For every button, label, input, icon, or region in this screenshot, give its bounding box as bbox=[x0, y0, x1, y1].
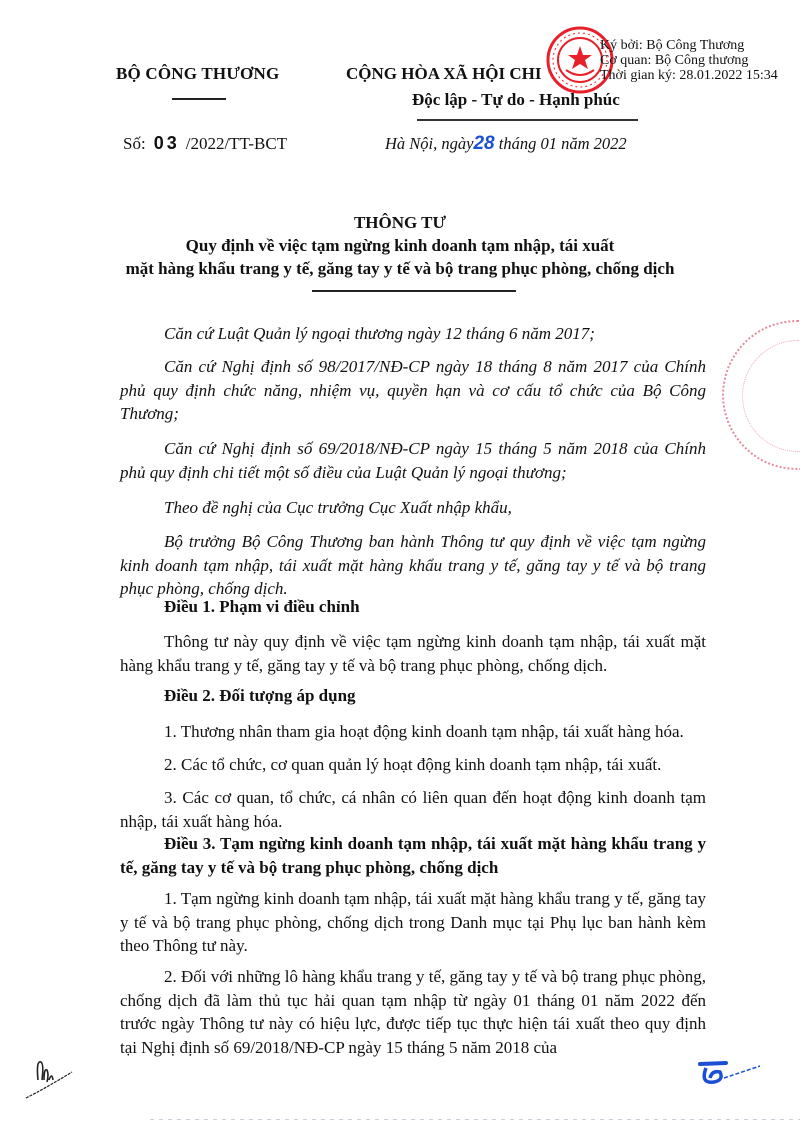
article-3-item-1: 1. Tạm ngừng kinh doanh tạm nhập, tái xu… bbox=[120, 887, 706, 958]
agency-underline bbox=[172, 98, 226, 100]
document-subject-line-2: mặt hàng khẩu trang y tế, găng tay y tế … bbox=[0, 259, 800, 279]
article-1-paragraph: Thông tư này quy định về việc tạm ngừng … bbox=[120, 630, 706, 677]
document-number: Số:03/2022/TT-BCT bbox=[123, 133, 287, 154]
doc-number-value: 03 bbox=[154, 133, 180, 153]
doc-number-label: Số: bbox=[123, 134, 146, 153]
document-subject-line-1: Quy định về việc tạm ngừng kinh doanh tạ… bbox=[0, 236, 800, 256]
preamble-4: Theo đề nghị của Cục trưởng Cục Xuất nhậ… bbox=[120, 496, 706, 520]
signing-organization: Cơ quan: Bộ Công thương bbox=[600, 53, 778, 68]
article-2-item-2: 2. Các tổ chức, cơ quan quản lý hoạt độn… bbox=[120, 753, 706, 777]
national-title: CỘNG HÒA XÃ HỘI CHI bbox=[346, 64, 542, 84]
article-3-item-2: 2. Đối với những lô hàng khẩu trang y tế… bbox=[120, 965, 706, 1059]
preamble-5: Bộ trưởng Bộ Công Thương ban hành Thông … bbox=[120, 530, 706, 601]
signed-by: Ký bởi: Bộ Công Thương bbox=[600, 38, 778, 53]
preamble-1: Căn cứ Luật Quản lý ngoại thương ngày 12… bbox=[120, 322, 706, 346]
article-2-item-3: 3. Các cơ quan, tổ chức, cá nhân có liên… bbox=[120, 786, 706, 833]
doc-number-suffix: /2022/TT-BCT bbox=[186, 134, 287, 153]
issuing-agency: BỘ CÔNG THƯƠNG bbox=[116, 64, 279, 84]
blue-initial-icon bbox=[696, 1060, 766, 1090]
signing-time: Thời gian ký: 28.01.2022 15:34 bbox=[600, 68, 778, 83]
article-2-item-1: 1. Thương nhân tham gia hoạt động kinh d… bbox=[120, 720, 706, 744]
preamble-2: Căn cứ Nghị định số 98/2017/NĐ-CP ngày 1… bbox=[120, 355, 706, 426]
place-and-date: Hà Nội, ngày28 tháng 01 năm 2022 bbox=[385, 133, 627, 155]
handwritten-initial-icon bbox=[16, 1050, 76, 1100]
date-suffix: tháng 01 năm 2022 bbox=[495, 134, 627, 153]
motto-underline bbox=[417, 119, 638, 121]
digital-signature-info: Ký bởi: Bộ Công Thương Cơ quan: Bộ Công … bbox=[600, 38, 778, 83]
document-type: THÔNG TƯ bbox=[0, 213, 800, 233]
article-1-heading: Điều 1. Phạm vi điều chỉnh bbox=[164, 597, 360, 617]
article-3-heading: Điều 3. Tạm ngừng kinh doanh tạm nhập, t… bbox=[120, 832, 706, 879]
date-day-handwritten: 28 bbox=[473, 133, 494, 154]
faint-stamp-icon bbox=[722, 320, 800, 470]
date-prefix: Hà Nội, ngày bbox=[385, 134, 473, 153]
preamble-3: Căn cứ Nghị định số 69/2018/NĐ-CP ngày 1… bbox=[120, 437, 706, 484]
title-underline bbox=[312, 290, 516, 292]
article-2-heading: Điều 2. Đối tượng áp dụng bbox=[164, 686, 356, 706]
page-bottom-edge bbox=[150, 1119, 800, 1120]
